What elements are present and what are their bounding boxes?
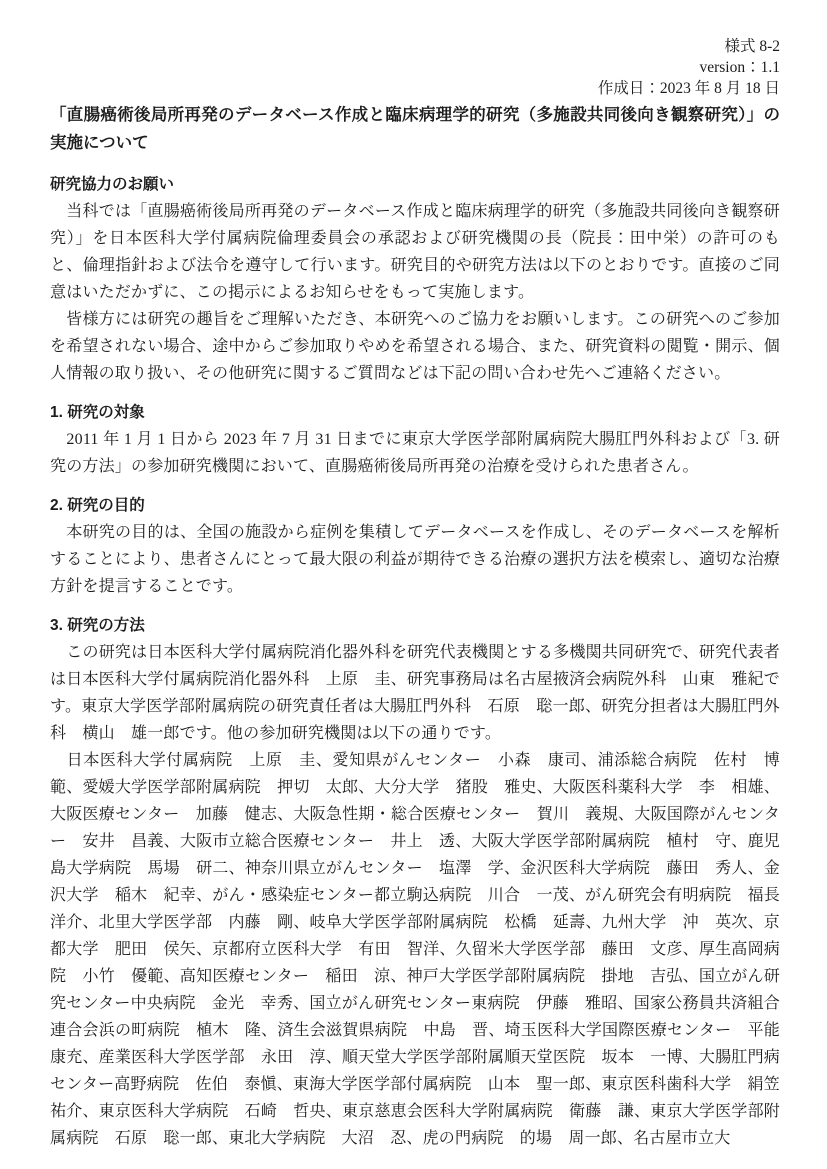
created-date: 作成日：2023 年 8 月 18 日 (50, 78, 780, 99)
study-purpose-paragraph: 本研究の目的は、全国の施設から症例を集積してデータベースを作成し、そのデータベー… (50, 519, 780, 600)
request-paragraph-1: 当科では「直腸癌術後局所再発のデータベース作成と臨床病理学的研究（多施設共同後向… (50, 198, 780, 306)
request-heading: 研究協力のお願い (50, 171, 780, 198)
study-subjects-paragraph: 2011 年 1 月 1 日から 2023 年 7 月 31 日までに東京大学医… (50, 426, 780, 480)
section-study-subjects: 1. 研究の対象 2011 年 1 月 1 日から 2023 年 7 月 31 … (50, 399, 780, 480)
request-paragraph-2: 皆様方には研究の趣旨をご理解いただき、本研究へのご協力をお願いします。この研究へ… (50, 306, 780, 387)
study-methods-heading: 3. 研究の方法 (50, 612, 780, 639)
participating-institutions-paragraph: 日本医科大学付属病院 上原 圭、愛知県がんセンター 小森 康司、浦添総合病院 佐… (50, 747, 780, 1152)
document-title: 「直腸癌術後局所再発のデータベース作成と臨床病理学的研究（多施設共同後向き観察研… (50, 101, 780, 157)
version-label: version：1.1 (50, 57, 780, 78)
section-study-methods: 3. 研究の方法 この研究は日本医科大学付属病院消化器外科を研究代表機関とする多… (50, 612, 780, 1152)
form-code: 様式 8-2 (50, 36, 780, 57)
study-methods-paragraph: この研究は日本医科大学付属病院消化器外科を研究代表機関とする多機関共同研究で、研… (50, 639, 780, 747)
study-subjects-heading: 1. 研究の対象 (50, 399, 780, 426)
document-page: 様式 8-2 version：1.1 作成日：2023 年 8 月 18 日 「… (0, 0, 827, 1169)
section-study-purpose: 2. 研究の目的 本研究の目的は、全国の施設から症例を集積してデータベースを作成… (50, 492, 780, 600)
study-purpose-heading: 2. 研究の目的 (50, 492, 780, 519)
section-request: 研究協力のお願い 当科では「直腸癌術後局所再発のデータベース作成と臨床病理学的研… (50, 171, 780, 387)
document-header: 様式 8-2 version：1.1 作成日：2023 年 8 月 18 日 (50, 36, 780, 99)
